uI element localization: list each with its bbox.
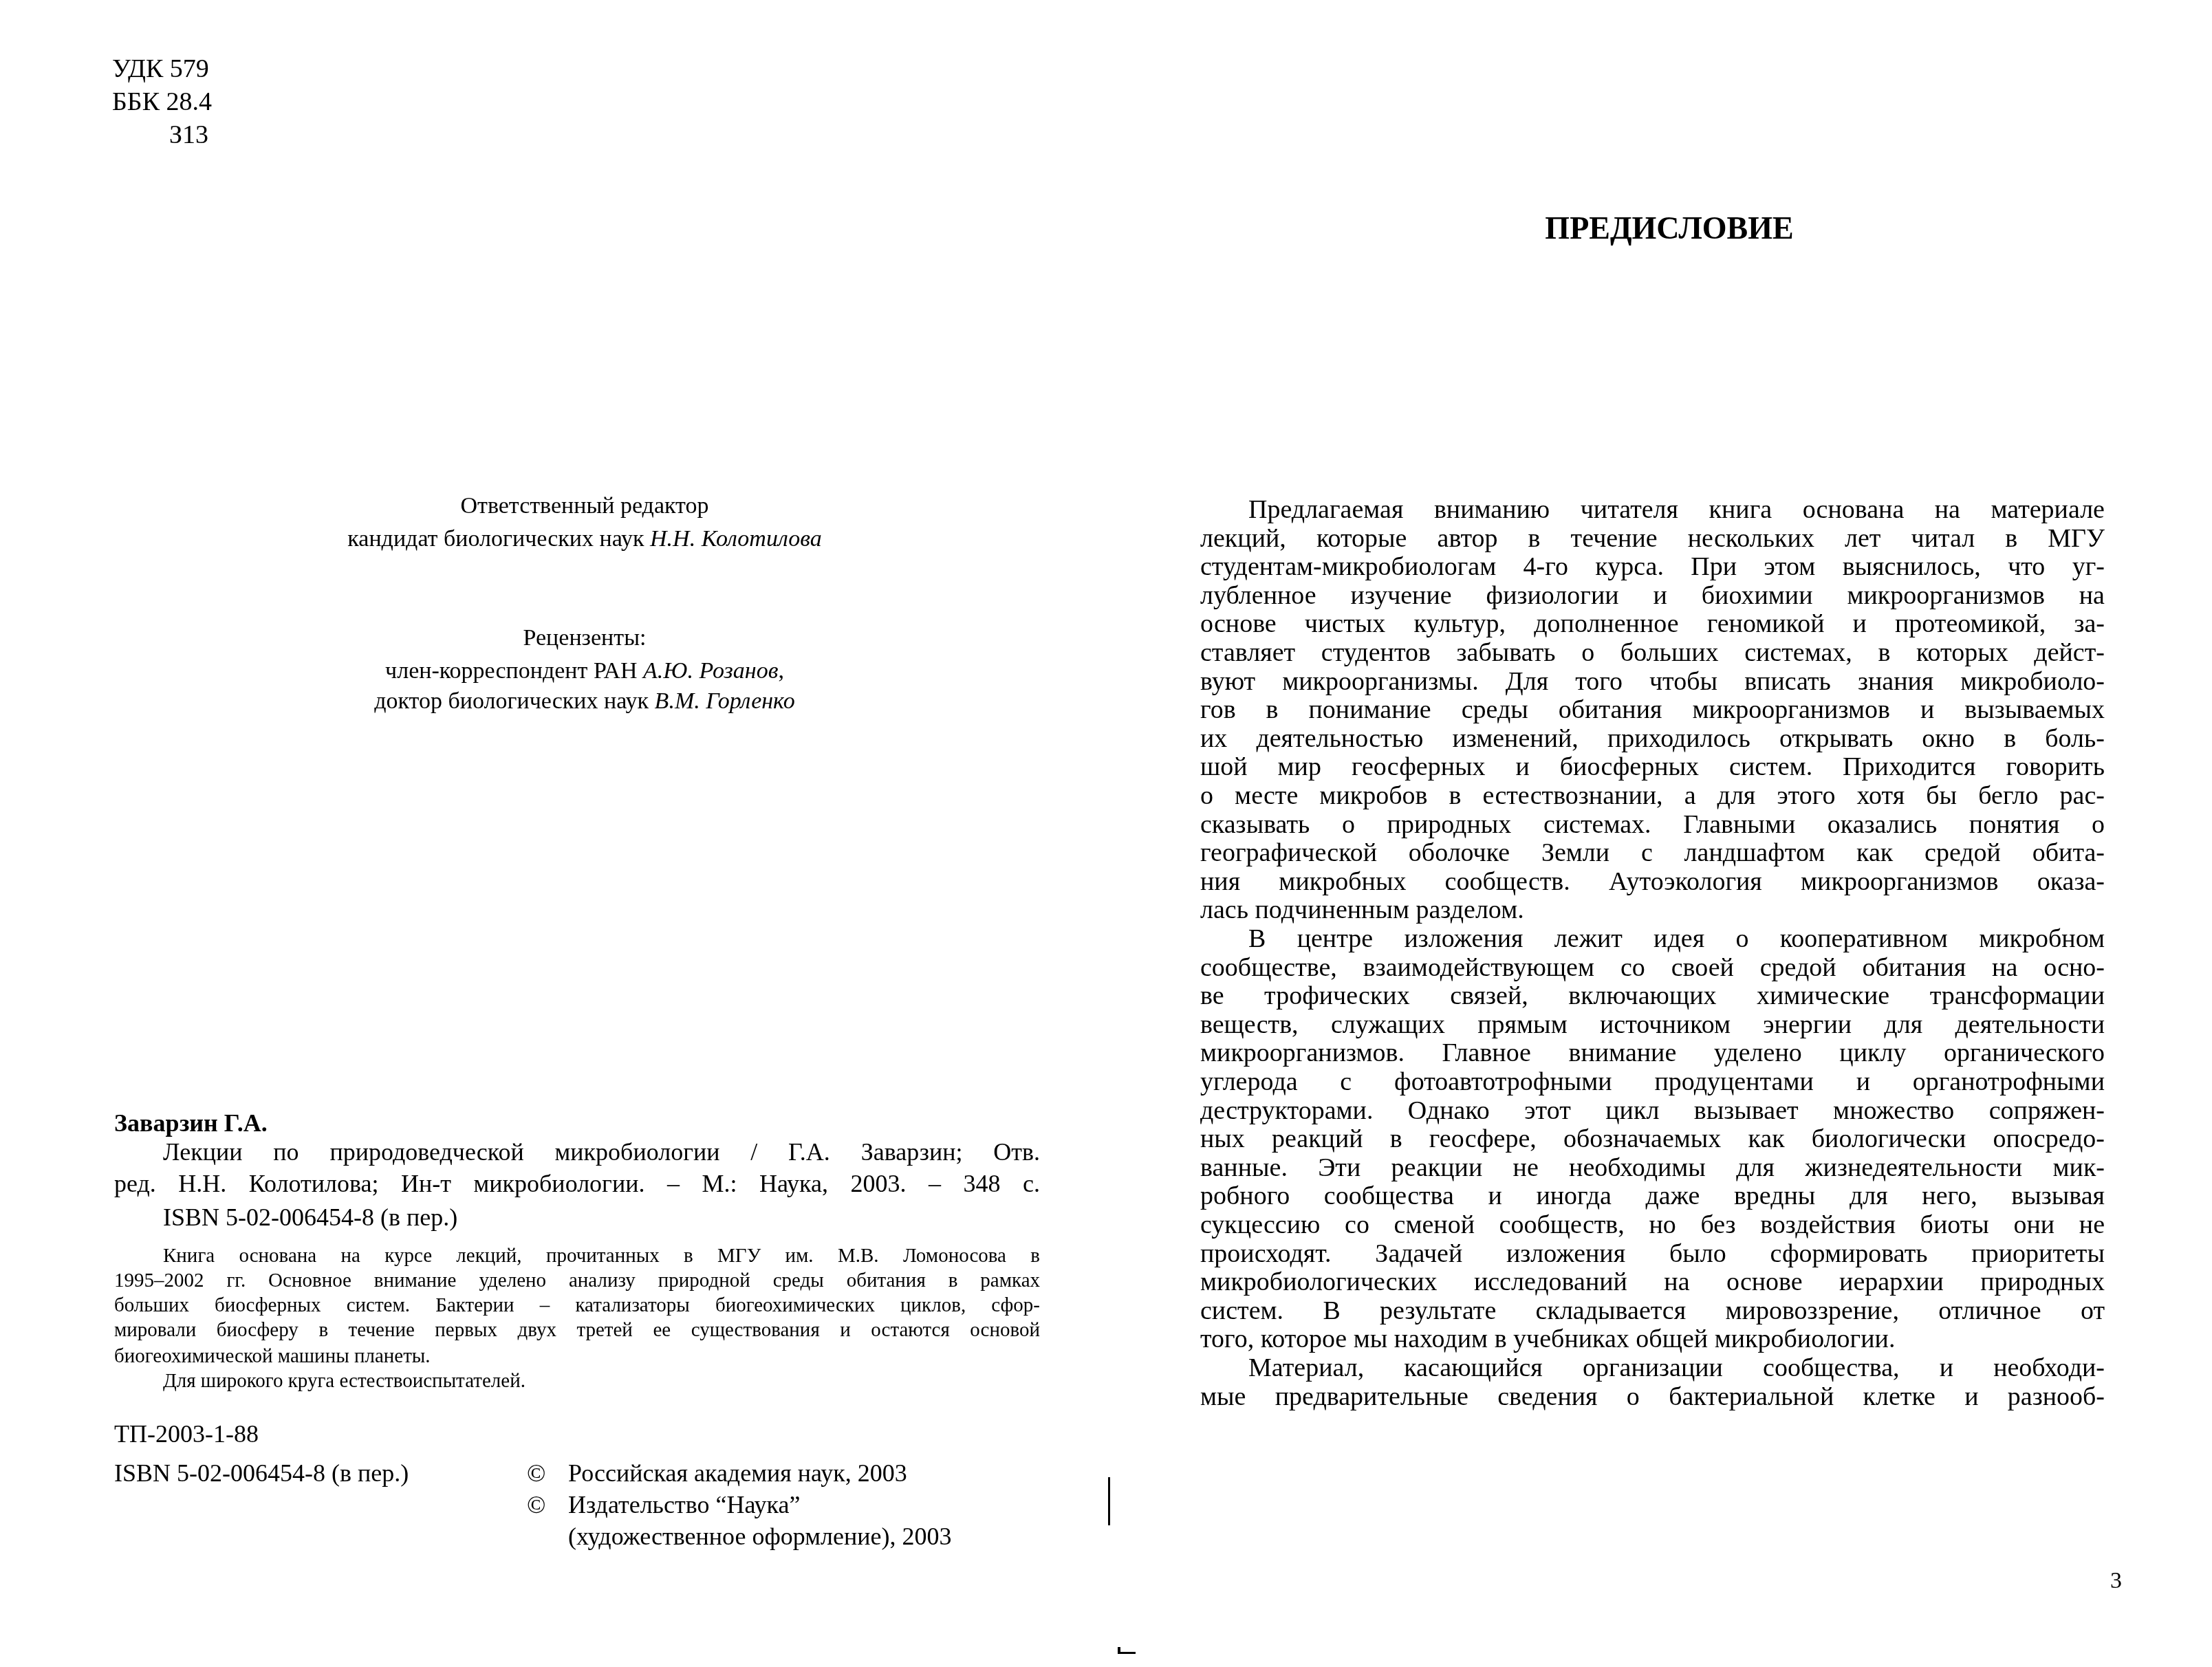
body-line: сказывать о природных системах. Главными…	[1200, 811, 2105, 842]
body-line: того, которое мы находим в учебниках общ…	[1200, 1326, 1895, 1352]
copyright-symbol: ©	[527, 1459, 545, 1488]
body-line: студентам-микробиологам 4-го курса. При …	[1200, 554, 2105, 584]
body-line: деструкторами. Однако этот цикл вызывает…	[1200, 1098, 2105, 1128]
body-line: микроорганизмов. Главное внимание уделен…	[1200, 1040, 2105, 1070]
editor-name: Н.Н. Колотилова	[650, 526, 822, 552]
reviewer-2: доктор биологических наук В.М. Горленко	[206, 688, 963, 715]
body-line: ных реакций в геосфере, обозначаемых как…	[1200, 1126, 2105, 1156]
body-line: их деятельностью изменений, приходилось …	[1200, 726, 2105, 756]
annotation-line: больших биосферных систем. Бактерии – ка…	[114, 1296, 1040, 1319]
body-line: В центре изложения лежит идея о кооперат…	[1248, 926, 2105, 956]
left-page: УДК 579 ББК 28.4 З13 Ответственный редак…	[0, 0, 1106, 1667]
annotation-line: Книга основана на курсе лекций, прочитан…	[163, 1246, 1040, 1270]
reviewer-suffix: ,	[778, 658, 784, 684]
body-line: сукцессию со сменой сообществ, но без во…	[1200, 1212, 2105, 1242]
body-line: веществ, служащих прямым источником энер…	[1200, 1012, 2105, 1042]
annotation-audience: Для широкого круга естествоиспытателей.	[163, 1370, 525, 1393]
body-line: лубленное изучение физиологии и биохимии…	[1200, 582, 2105, 613]
body-line: ния микробных сообществ. Аутоэкология ми…	[1200, 869, 2105, 899]
body-line: сообществе, взаимодействующем со своей с…	[1200, 955, 2105, 985]
copyright-symbol: ©	[527, 1490, 545, 1519]
editor-label: Ответственный редактор	[206, 493, 963, 519]
body-line: географической оболочке Земли с ландшафт…	[1200, 840, 2105, 870]
annotation-line: биогеохимической машины планеты.	[114, 1345, 431, 1368]
body-line: шой мир геосферных и биосферных систем. …	[1200, 754, 2105, 784]
page-number: 3	[2110, 1568, 2122, 1594]
annotation-line: мировали биосферу в течение первых двух …	[114, 1320, 1040, 1344]
reviewers-label: Рецензенты:	[206, 625, 963, 651]
right-page: ПРЕДИСЛОВИЕ Предлагаемая вниманию читате…	[1106, 0, 2212, 1667]
plan-code: ТП-2003-1-88	[114, 1419, 259, 1448]
body-line: ве трофических связей, включающих химиче…	[1200, 983, 2105, 1013]
record-line: Лекции по природоведческой микробиологии…	[163, 1140, 1040, 1170]
body-line: происходят. Задачей изложения было сформ…	[1200, 1241, 2105, 1271]
body-line: лась подчиненным разделом.	[1200, 897, 1524, 923]
record-line: ред. Н.Н. Колотилова; Ин-т микробиологии…	[114, 1171, 1040, 1201]
copyright-holder: Российская академия наук, 2003	[568, 1459, 907, 1488]
body-line: микробиологических исследований на основ…	[1200, 1269, 2105, 1299]
copyright-holder: Издательство “Наука”	[568, 1490, 801, 1519]
editor-line: кандидат биологических наук Н.Н. Колотил…	[206, 526, 963, 552]
reviewer-1: член-корреспондент РАН А.Ю. Розанов,	[206, 658, 963, 684]
body-line: Материал, касающийся организации сообщес…	[1248, 1355, 2105, 1385]
copyright-holder-note: (художественное оформление), 2003	[568, 1522, 951, 1551]
editor-title: кандидат биологических наук	[347, 526, 644, 552]
scan-artifact-mark	[1118, 1652, 1136, 1654]
body-line: робного сообщества и иногда даже вредны …	[1200, 1183, 2105, 1213]
author-mark: З13	[169, 120, 208, 150]
body-line: систем. В результате складывается мирово…	[1200, 1298, 2105, 1328]
body-line: мые предварительные сведения о бактериал…	[1200, 1384, 2105, 1414]
reviewer-title: доктор биологических наук	[374, 688, 649, 714]
reviewer-name: А.Ю. Розанов	[643, 658, 778, 684]
reviewer-title: член-корреспондент РАН	[385, 658, 638, 684]
reviewer-name: В.М. Горленко	[655, 688, 795, 714]
record-author: Заварзин Г.А.	[114, 1109, 268, 1137]
isbn: ISBN 5-02-006454-8 (в пер.)	[114, 1459, 409, 1488]
udk-code: УДК 579	[112, 54, 209, 84]
body-line: Предлагаемая вниманию читателя книга осн…	[1248, 497, 2105, 527]
body-line: вуют микроорганизмы. Для того чтобы впис…	[1200, 668, 2105, 699]
body-line: лекций, которые автор в течение нескольк…	[1200, 525, 2105, 556]
body-line: углерода с фотоавтотрофными продуцентами…	[1200, 1069, 2105, 1099]
body-line: ставляет студентов забывать о больших си…	[1200, 640, 2105, 670]
annotation-line: 1995–2002 гг. Основное внимание уделено …	[114, 1271, 1040, 1294]
body-line: о месте микробов в естествознании, а для…	[1200, 783, 2105, 813]
body-line: ванные. Эти реакции не необходимы для жи…	[1200, 1155, 2105, 1185]
bbk-code: ББК 28.4	[112, 87, 212, 117]
body-line: основе чистых культур, дополненное геном…	[1200, 611, 2105, 641]
page-heading: ПРЕДИСЛОВИЕ	[1106, 210, 2212, 246]
body-line: гов в понимание среды обитания микроорга…	[1200, 697, 2105, 727]
record-isbn: ISBN 5-02-006454-8 (в пер.)	[163, 1203, 457, 1232]
